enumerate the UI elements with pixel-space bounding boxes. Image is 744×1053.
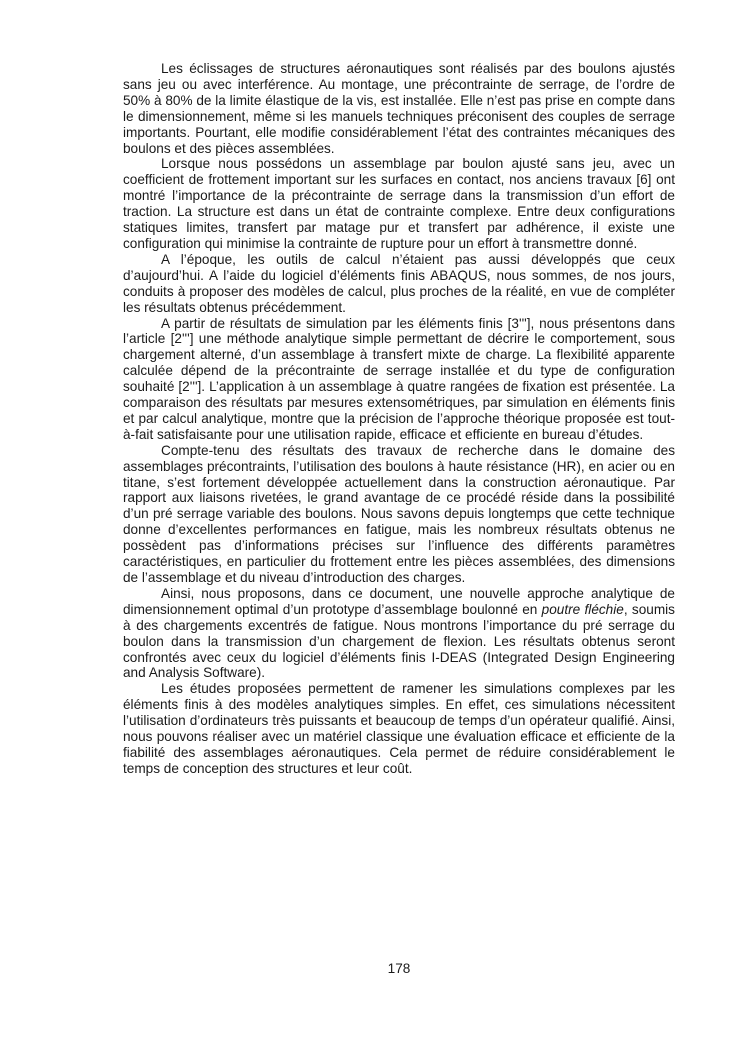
paragraph: A partir de résultats de simulation par … [123, 316, 675, 443]
page-number: 178 [123, 961, 675, 977]
paragraph: A l’époque, les outils de calcul n’étaie… [123, 252, 675, 316]
text-segment: Les éclissages de structures aéronautiqu… [123, 61, 675, 156]
text-segment: Compte-tenu des résultats des travaux de… [123, 443, 675, 585]
text-block: Les éclissages de structures aéronautiqu… [123, 61, 675, 777]
italic-text-segment: poutre fléchie [542, 602, 624, 617]
text-segment: Lorsque nous possédons un assemblage par… [123, 156, 675, 251]
paragraph: Lorsque nous possédons un assemblage par… [123, 156, 675, 251]
paragraph: Compte-tenu des résultats des travaux de… [123, 443, 675, 586]
paragraph: Ainsi, nous proposons, dans ce document,… [123, 586, 675, 681]
text-segment: Les études proposées permettent de ramen… [123, 681, 675, 776]
document-page: Les éclissages de structures aéronautiqu… [0, 0, 744, 1053]
text-segment: A partir de résultats de simulation par … [123, 316, 675, 442]
text-segment: A l’époque, les outils de calcul n’étaie… [123, 252, 675, 315]
paragraph: Les études proposées permettent de ramen… [123, 681, 675, 776]
paragraph: Les éclissages de structures aéronautiqu… [123, 61, 675, 156]
